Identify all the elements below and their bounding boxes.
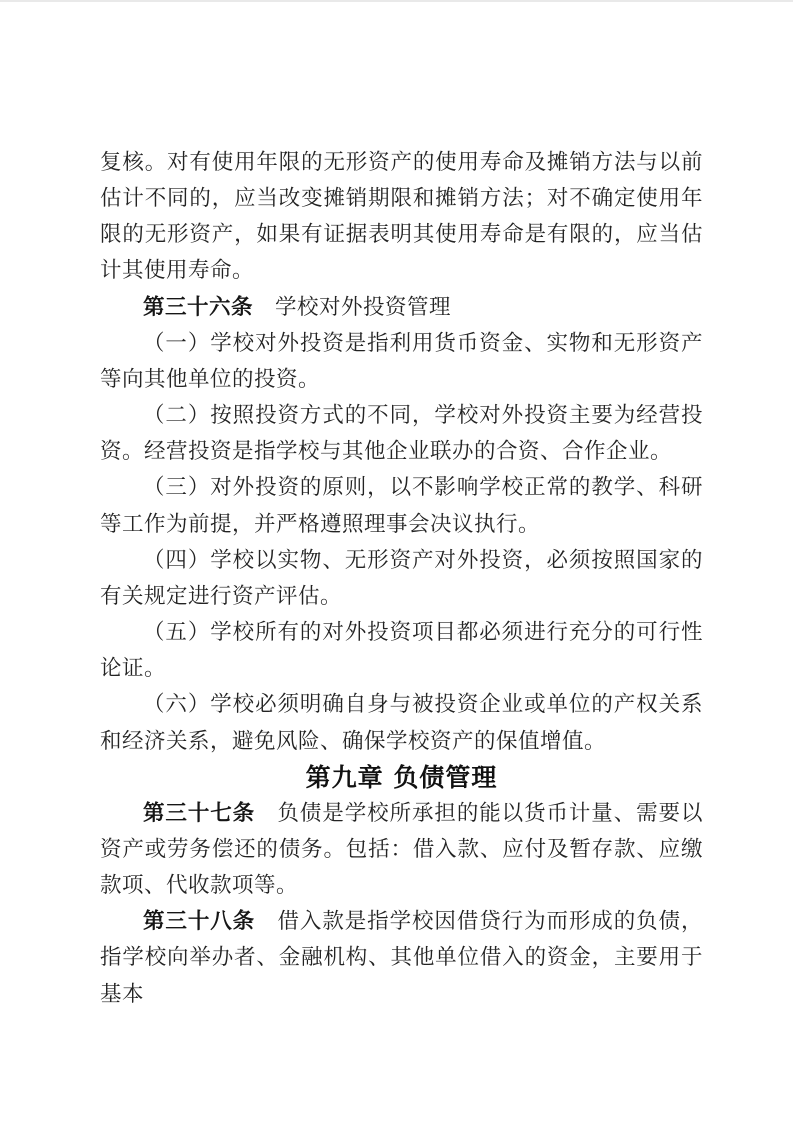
document-page: 复核。对有使用年限的无形资产的使用寿命及摊销方法与以前估计不同的，应当改变摊销期… xyxy=(0,0,793,1122)
article-36-item-2: （二）按照投资方式的不同，学校对外投资主要为经营投资。经营投资是指学校与其他企业… xyxy=(100,398,703,470)
item-text: （四）学校以实物、无形资产对外投资，必须按照国家的有关规定进行资产评估。 xyxy=(100,548,703,609)
chapter-9-heading: 第九章 负债管理 xyxy=(100,760,703,796)
article-36-item-6: （六）学校必须明确自身与被投资企业或单位的产权关系和经济关系，避免风险、确保学校… xyxy=(100,687,703,759)
article-37-paragraph: 第三十七条 负债是学校所承担的能以货币计量、需要以资产或劳务偿还的债务。包括：借… xyxy=(100,796,703,904)
scan-edge-line xyxy=(0,0,793,2)
article-36-item-1: （一）学校对外投资是指利用货币资金、实物和无形资产等向其他单位的投资。 xyxy=(100,326,703,398)
article-36-paragraph: 第三十六条 学校对外投资管理 xyxy=(100,290,703,326)
paragraph-text: 复核。对有使用年限的无形资产的使用寿命及摊销方法与以前估计不同的，应当改变摊销期… xyxy=(100,150,703,283)
item-text: （二）按照投资方式的不同，学校对外投资主要为经营投资。经营投资是指学校与其他企业… xyxy=(100,403,703,464)
article-36-item-3: （三）对外投资的原则，以不影响学校正常的教学、科研等工作为前提，并严格遵照理事会… xyxy=(100,470,703,542)
article-37-number: 第三十七条 xyxy=(143,801,255,826)
article-38-paragraph: 第三十八条 借入款是指学校因借贷行为而形成的负债，指学校向举办者、金融机构、其他… xyxy=(100,904,703,1012)
article-36-number: 第三十六条 xyxy=(143,295,253,320)
continuation-paragraph: 复核。对有使用年限的无形资产的使用寿命及摊销方法与以前估计不同的，应当改变摊销期… xyxy=(100,145,703,290)
item-text: （五）学校所有的对外投资项目都必须进行充分的可行性论证。 xyxy=(100,620,703,681)
article-38-number: 第三十八条 xyxy=(143,909,255,934)
item-text: （六）学校必须明确自身与被投资企业或单位的产权关系和经济关系，避免风险、确保学校… xyxy=(100,692,703,753)
article-36-text: 学校对外投资管理 xyxy=(253,295,451,320)
article-36-item-5: （五）学校所有的对外投资项目都必须进行充分的可行性论证。 xyxy=(100,615,703,687)
item-text: （三）对外投资的原则，以不影响学校正常的教学、科研等工作为前提，并严格遵照理事会… xyxy=(100,475,703,536)
article-36-item-4: （四）学校以实物、无形资产对外投资，必须按照国家的有关规定进行资产评估。 xyxy=(100,543,703,615)
item-text: （一）学校对外投资是指利用货币资金、实物和无形资产等向其他单位的投资。 xyxy=(100,331,703,392)
document-body: 复核。对有使用年限的无形资产的使用寿命及摊销方法与以前估计不同的，应当改变摊销期… xyxy=(100,145,703,1013)
